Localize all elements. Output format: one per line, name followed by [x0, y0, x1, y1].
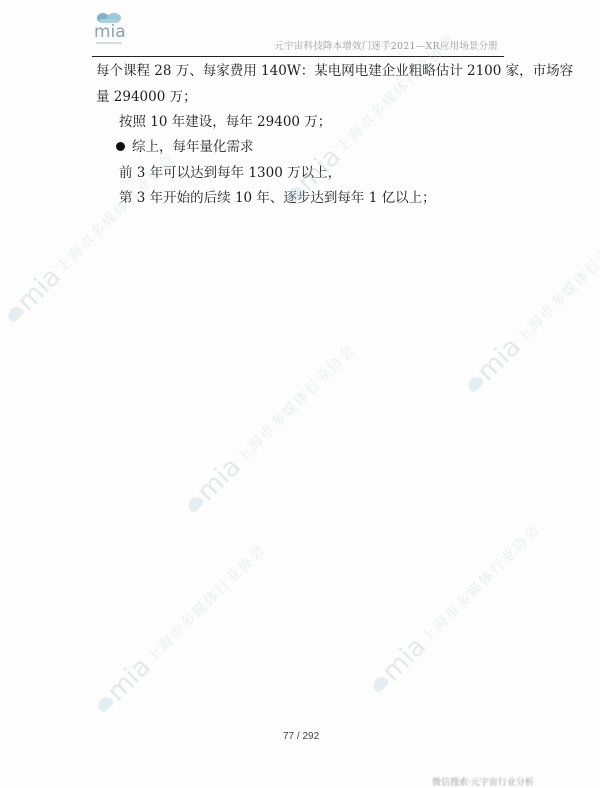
watermark: mia上海市多媒体行业协会 — [459, 216, 600, 400]
source-caption: 微信搜索·元宇宙行业分析 — [432, 775, 534, 788]
logo-subtitle-line — [96, 42, 122, 44]
document-header-title: 元宇宙科技降本增效门迷手2021—XR应用场景分册 — [274, 38, 498, 52]
paragraph-course-cost: 每个课程 28 万、每家费用 140W：某电网电建企业粗略估计 2100 家，市… — [96, 63, 573, 79]
page-number: 77 / 292 — [283, 731, 319, 742]
watermark: mia上海市多媒体行业协会 — [89, 536, 273, 720]
logo-text: mia — [94, 24, 126, 41]
watermark: mia上海市多媒体行业协会 — [364, 516, 548, 700]
paragraph-ten-year-build: 按照 10 年建设，每年 29400 万； — [119, 114, 331, 130]
bullet-summary: 综上，每年量化需求 — [132, 139, 254, 155]
paragraph-following-ten-years: 第 3 年开始的后续 10 年、逐步达到每年 1 亿以上； — [119, 190, 436, 206]
watermark: mia上海市多媒体行业协会 — [179, 336, 363, 520]
bullet-dot-icon — [116, 142, 125, 151]
document-page: mia 元宇宙科技降本增效门迷手2021—XR应用场景分册 每个课程 28 万、… — [0, 0, 600, 788]
watermark: mia上海市多媒体行业协会 — [0, 146, 183, 330]
mia-logo: mia — [94, 12, 124, 48]
paragraph-market-capacity: 量 294000 万； — [96, 89, 197, 105]
